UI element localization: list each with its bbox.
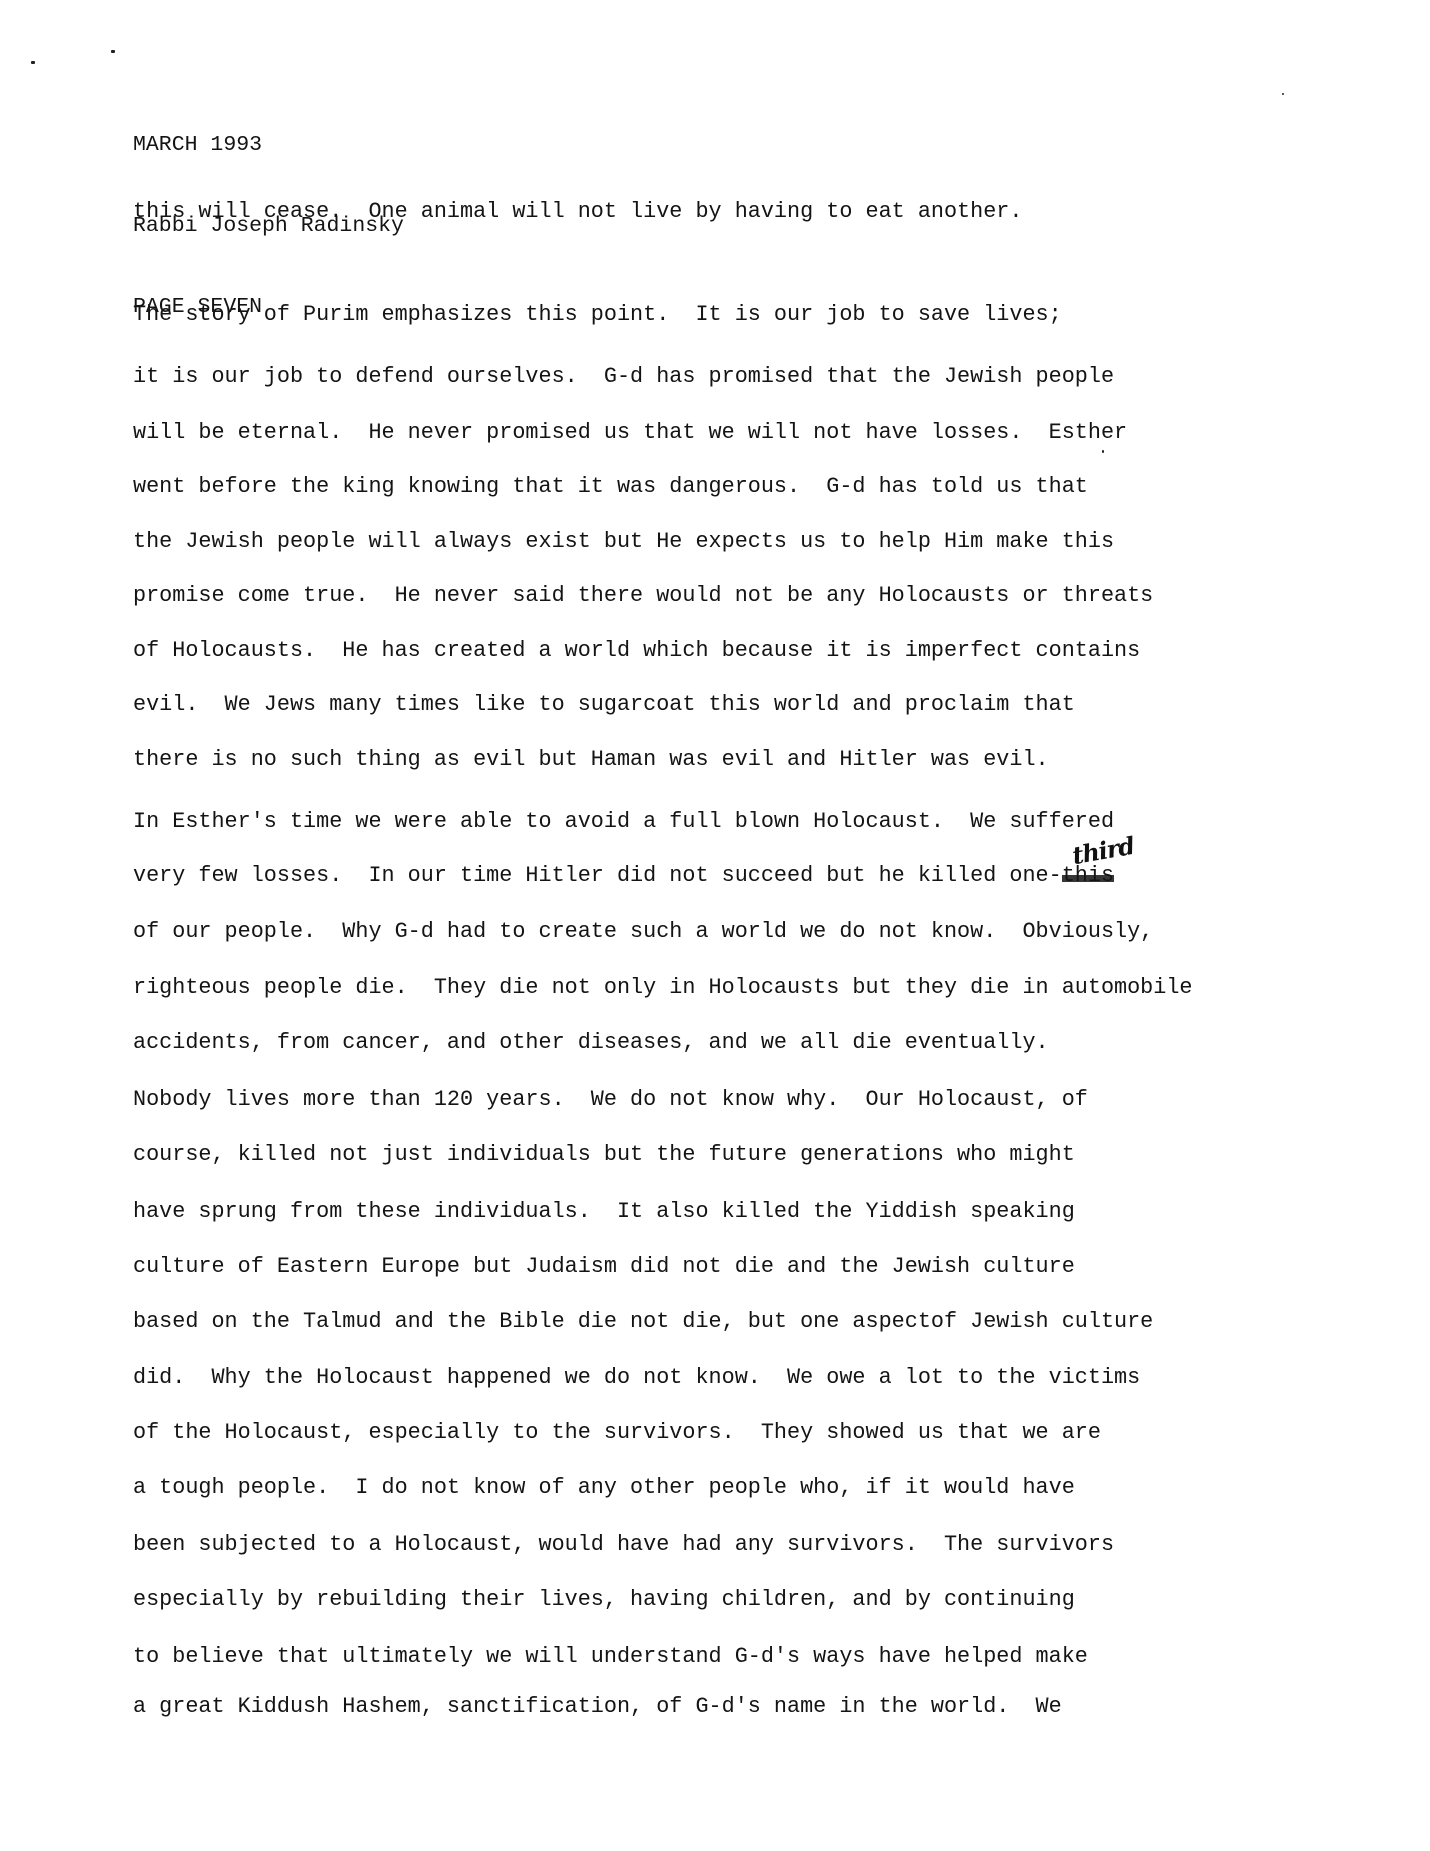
body-text-line: have sprung from these individuals. It a… bbox=[133, 1199, 1075, 1225]
handwritten-correction: third bbox=[1070, 831, 1136, 870]
body-text-line: very few losses. In our time Hitler did … bbox=[133, 863, 1114, 889]
body-text-line: of Holocausts. He has created a world wh… bbox=[133, 638, 1140, 664]
body-text-line: righteous people die. They die not only … bbox=[133, 975, 1193, 1001]
body-text-line: especially by rebuilding their lives, ha… bbox=[133, 1587, 1075, 1613]
header-date: MARCH 1993 bbox=[133, 132, 404, 159]
body-text-line: did. Why the Holocaust happened we do no… bbox=[133, 1365, 1140, 1391]
body-text-line: of the Holocaust, especially to the surv… bbox=[133, 1420, 1101, 1446]
body-text-line: of our people. Why G-d had to create suc… bbox=[133, 919, 1153, 945]
scan-speck bbox=[1102, 450, 1104, 453]
body-text-line: accidents, from cancer, and other diseas… bbox=[133, 1030, 1049, 1056]
body-text-line: went before the king knowing that it was… bbox=[133, 474, 1088, 500]
document-header: MARCH 1993 Rabbi Joseph Radinsky PAGE SE… bbox=[133, 78, 404, 375]
body-text-line: a great Kiddush Hashem, sanctification, … bbox=[133, 1694, 1062, 1720]
scan-speck bbox=[31, 61, 35, 64]
body-text-line: course, killed not just individuals but … bbox=[133, 1142, 1075, 1168]
body-text-line: it is our job to defend ourselves. G-d h… bbox=[133, 364, 1114, 390]
body-text-line: promise come true. He never said there w… bbox=[133, 583, 1153, 609]
body-text-line: been subjected to a Holocaust, would hav… bbox=[133, 1532, 1114, 1558]
body-text-line: culture of Eastern Europe but Judaism di… bbox=[133, 1254, 1075, 1280]
scan-speck bbox=[1282, 93, 1284, 95]
body-text-line: the Jewish people will always exist but … bbox=[133, 529, 1114, 555]
body-text-line: evil. We Jews many times like to sugarco… bbox=[133, 692, 1075, 718]
body-text-line: there is no such thing as evil but Haman… bbox=[133, 747, 1049, 773]
body-text-line: this will cease. One animal will not liv… bbox=[133, 199, 1022, 225]
body-text-line: In Esther's time we were able to avoid a… bbox=[133, 809, 1114, 835]
body-text-line: The story of Purim emphasizes this point… bbox=[133, 302, 1062, 328]
document-page: MARCH 1993 Rabbi Joseph Radinsky PAGE SE… bbox=[0, 0, 1430, 1851]
body-text-line: Nobody lives more than 120 years. We do … bbox=[133, 1087, 1088, 1113]
body-text-line: to believe that ultimately we will under… bbox=[133, 1644, 1088, 1670]
body-text-line: a tough people. I do not know of any oth… bbox=[133, 1475, 1075, 1501]
body-text-line: will be eternal. He never promised us th… bbox=[133, 420, 1127, 446]
body-text-line: based on the Talmud and the Bible die no… bbox=[133, 1309, 1153, 1335]
scan-speck bbox=[111, 50, 115, 53]
